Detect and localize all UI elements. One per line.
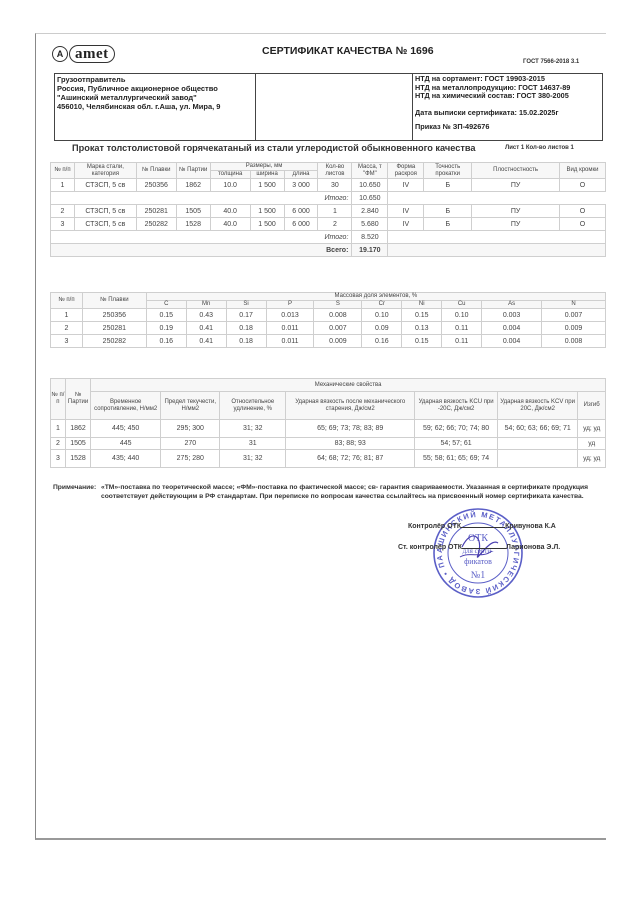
cell-value: 0.15 <box>402 335 442 348</box>
cell-edge: О <box>560 218 606 231</box>
cell-thickness: 40.0 <box>210 218 250 231</box>
subtotal-label: Итого: <box>51 192 352 205</box>
logo-text: amet <box>69 45 115 63</box>
cell-value: 0.007 <box>542 309 606 322</box>
senior-controller-label: Ст. контролёр ОТК <box>398 544 462 551</box>
cell-mass: 5.680 <box>352 218 388 231</box>
cell-rolling-accuracy: Б <box>424 218 472 231</box>
cell-kcu: 59; 62; 66; 70; 74; 80 <box>415 420 498 438</box>
table-row: 2 1505 445 270 31 83; 88; 93 54; 57; 61 … <box>51 438 606 450</box>
subtotal-row: Итого: 8.520 <box>51 231 606 244</box>
col-element: Cr <box>362 301 402 309</box>
cell-value: 0.11 <box>442 335 482 348</box>
cell-grade: СТ3СП, 5 св <box>74 205 136 218</box>
col-mass-fraction: Массовая доля элементов, % <box>146 293 605 301</box>
cell-kcu: 55; 58; 61; 65; 69; 74 <box>415 450 498 468</box>
col-num: № п/п <box>51 293 83 309</box>
cell-grade: СТ3СП, 5 св <box>74 179 136 192</box>
cell-value: 0.18 <box>226 335 266 348</box>
cell-value: 0.013 <box>266 309 314 322</box>
col-num: № п/п <box>51 163 75 179</box>
cell-heat: 250356 <box>82 309 146 322</box>
cell-tensile: 445; 450 <box>91 420 161 438</box>
senior-controller-signature: Ст. контролёр ОТКЛарионова Э.Л. <box>398 544 560 551</box>
cell-value: 0.16 <box>146 335 186 348</box>
total-label: Всего: <box>51 244 352 257</box>
ntd-chemical: НТД на химический состав: ГОСТ 380-2005 <box>415 92 600 101</box>
cell-value: 0.10 <box>442 309 482 322</box>
mechanical-properties-table: № п/п № Партии Механические свойства Вре… <box>50 378 606 468</box>
cell-num: 1 <box>51 179 75 192</box>
cell-rolling-accuracy: Б <box>424 179 472 192</box>
cell-value: 0.007 <box>314 322 362 335</box>
cell-width: 1 500 <box>250 179 284 192</box>
cell-tensile: 445 <box>91 438 161 450</box>
svg-text:фикатов: фикатов <box>464 557 492 566</box>
cell-length: 3 000 <box>284 179 318 192</box>
cell-heat: 250281 <box>82 322 146 335</box>
cell-num: 3 <box>51 335 83 348</box>
cell-num: 2 <box>51 205 75 218</box>
cell-value: 0.008 <box>542 335 606 348</box>
col-sizes: Размеры, мм <box>210 163 318 171</box>
cell-value: 0.003 <box>482 309 542 322</box>
cell-tensile: 435; 440 <box>91 450 161 468</box>
shipment-table: № п/п Марка стали, категория № Плавки № … <box>50 162 606 257</box>
company-logo: А amet <box>52 44 115 64</box>
controller-name: Кривунова К.А <box>505 523 556 530</box>
col-mechanical-group: Механические свойства <box>91 379 606 392</box>
cell-batch: 1505 <box>176 205 210 218</box>
cell-elongation: 31 <box>220 438 286 450</box>
cell-yield: 275; 280 <box>161 450 220 468</box>
cell-flatness: ПУ <box>472 218 560 231</box>
cell-value: 0.41 <box>186 322 226 335</box>
col-qty: Кол-во листов <box>318 163 352 179</box>
table-row: 3 250282 0.16 0.41 0.18 0.011 0.009 0.16… <box>51 335 606 348</box>
controller-signature: Контролёр ОТККривунова К.А <box>408 523 556 530</box>
certificate-title: СЕРТИФИКАТ КАЧЕСТВА № 1696 <box>262 45 434 57</box>
table-row: 1 250356 0.15 0.43 0.17 0.013 0.008 0.10… <box>51 309 606 322</box>
cell-batch: 1862 <box>176 179 210 192</box>
cell-cut-form: IV <box>388 205 424 218</box>
cell-heat: 250282 <box>82 335 146 348</box>
cell-heat: 250282 <box>136 218 176 231</box>
table-row: 1 1862 445; 450 295; 300 31; 32 65; 69; … <box>51 420 606 438</box>
cell-mass: 2.840 <box>352 205 388 218</box>
col-heat: № Плавки <box>136 163 176 179</box>
subtotal-label: Итого: <box>51 231 352 244</box>
col-element: Cu <box>442 301 482 309</box>
cell-length: 6 000 <box>284 218 318 231</box>
header-spacer <box>256 74 412 140</box>
cell-batch: 1505 <box>65 438 90 450</box>
signature-line <box>462 548 506 549</box>
col-num: № п/п <box>51 379 66 420</box>
cell-value: 0.008 <box>314 309 362 322</box>
product-title: Прокат толстолистовой горячекатаный из с… <box>72 143 475 153</box>
col-kcv: Ударная вязкость KCV при 20С, Дж/см2 <box>497 392 577 420</box>
cell-cut-form: IV <box>388 179 424 192</box>
cell-qty: 2 <box>318 218 352 231</box>
svg-text:№1: №1 <box>471 570 486 581</box>
cell-heat: 250356 <box>136 179 176 192</box>
cell-width: 1 500 <box>250 205 284 218</box>
cell-value: 0.11 <box>442 322 482 335</box>
col-mass: Масса, т "ФМ" <box>352 163 388 179</box>
cell-value: 0.41 <box>186 335 226 348</box>
gost-standard: ГОСТ 7566-2018 3.1 <box>523 59 579 65</box>
cell-batch: 1528 <box>65 450 90 468</box>
table-row: 3 СТ3СП, 5 св 250282 1528 40.0 1 500 6 0… <box>51 218 606 231</box>
cell-value: 0.15 <box>402 309 442 322</box>
col-element: Mn <box>186 301 226 309</box>
cell-heat: 250281 <box>136 205 176 218</box>
sheet-info: Лист 1 Кол-во листов 1 <box>505 145 574 151</box>
cell-flatness: ПУ <box>472 179 560 192</box>
cell-num: 1 <box>51 309 83 322</box>
logo-mark-icon: А <box>52 46 68 62</box>
cell-kcv: 54; 60; 63; 66; 69; 71 <box>497 420 577 438</box>
cell-kcv <box>497 450 577 468</box>
table-row: 2 250281 0.19 0.41 0.18 0.011 0.007 0.09… <box>51 322 606 335</box>
col-element: As <box>482 301 542 309</box>
cell-value: 0.10 <box>362 309 402 322</box>
col-batch: № Партии <box>176 163 210 179</box>
cell-num: 3 <box>51 218 75 231</box>
note-label: Примечание: <box>53 484 96 493</box>
shipper-block: Грузоотправитель Россия, Публичное акцио… <box>55 74 256 140</box>
col-batch: № Партии <box>65 379 90 420</box>
cell-elongation: 31; 32 <box>220 450 286 468</box>
cell-impact-aged: 83; 88; 93 <box>286 438 415 450</box>
col-element: Si <box>226 301 266 309</box>
cell-value: 0.16 <box>362 335 402 348</box>
cell-bend: уд; уд <box>578 420 606 438</box>
col-rolling-accuracy: Точность прокатки <box>424 163 472 179</box>
col-yield: Предел текучести, Н/мм2 <box>161 392 220 420</box>
cell-impact-aged: 65; 69; 73; 78; 83; 89 <box>286 420 415 438</box>
chemical-composition-table: № п/п № Плавки Массовая доля элементов, … <box>50 292 606 348</box>
col-element: N <box>542 301 606 309</box>
cell-qty: 1 <box>318 205 352 218</box>
cell-yield: 270 <box>161 438 220 450</box>
cell-value: 0.18 <box>226 322 266 335</box>
cell-value: 0.43 <box>186 309 226 322</box>
cell-num: 1 <box>51 420 66 438</box>
total-row: Всего: 19.170 <box>51 244 606 257</box>
cell-width: 1 500 <box>250 218 284 231</box>
cell-elongation: 31; 32 <box>220 420 286 438</box>
col-heat: № Плавки <box>82 293 146 309</box>
shipper-line-2: "Ашинский металлургический завод" <box>57 93 253 102</box>
col-width: ширина <box>250 171 284 179</box>
senior-controller-name: Ларионова Э.Л. <box>506 544 560 551</box>
cell-cut-form: IV <box>388 218 424 231</box>
cell-edge: О <box>560 205 606 218</box>
table-row: 2 СТ3СП, 5 св 250281 1505 40.0 1 500 6 0… <box>51 205 606 218</box>
col-thickness: толщина <box>210 171 250 179</box>
cell-value: 0.011 <box>266 322 314 335</box>
note-text: «ТМ»-поставка по теоретической массе; «Ф… <box>101 484 598 501</box>
cell-kcv <box>497 438 577 450</box>
cell-num: 3 <box>51 450 66 468</box>
cell-num: 2 <box>51 322 83 335</box>
cell-num: 2 <box>51 438 66 450</box>
cell-length: 6 000 <box>284 205 318 218</box>
cell-value: 0.004 <box>482 322 542 335</box>
col-bend: Изгиб <box>578 392 606 420</box>
order-number: Приказ № ЗП-492676 <box>415 123 600 132</box>
col-elongation: Относительное удлинение, % <box>220 392 286 420</box>
col-edge: Вид кромки <box>560 163 606 179</box>
issue-date: Дата выписки сертификата: 15.02.2025г <box>415 109 600 118</box>
cell-bend: уд; уд <box>578 450 606 468</box>
cell-value: 0.004 <box>482 335 542 348</box>
signature-line <box>461 527 505 528</box>
col-element: C <box>146 301 186 309</box>
cell-rolling-accuracy: Б <box>424 205 472 218</box>
subtotal-value: 8.520 <box>352 231 388 244</box>
cell-bend: уд <box>578 438 606 450</box>
col-length: длина <box>284 171 318 179</box>
col-element: S <box>314 301 362 309</box>
total-value: 19.170 <box>352 244 388 257</box>
note-block: Примечание: «ТМ»-поставка по теоретическ… <box>53 484 598 501</box>
cell-flatness: ПУ <box>472 205 560 218</box>
col-element: Ni <box>402 301 442 309</box>
cell-batch: 1862 <box>65 420 90 438</box>
cell-value: 0.09 <box>362 322 402 335</box>
cell-edge: О <box>560 179 606 192</box>
cell-yield: 295; 300 <box>161 420 220 438</box>
shipper-label: Грузоотправитель <box>57 75 253 84</box>
table-row: 3 1528 435; 440 275; 280 31; 32 64; 68; … <box>51 450 606 468</box>
col-grade: Марка стали, категория <box>74 163 136 179</box>
table-row: 1 СТ3СП, 5 св 250356 1862 10.0 1 500 3 0… <box>51 179 606 192</box>
col-flatness: Плостностность <box>472 163 560 179</box>
col-kcu: Ударная вязкость KCU при -20С, Дж/см2 <box>415 392 498 420</box>
cell-qty: 30 <box>318 179 352 192</box>
cell-value: 0.009 <box>542 322 606 335</box>
header-info-box: Грузоотправитель Россия, Публичное акцио… <box>54 73 603 141</box>
cell-impact-aged: 64; 68; 72; 76; 81; 87 <box>286 450 415 468</box>
shipper-line-1: Россия, Публичное акционерное общество <box>57 84 253 93</box>
subtotal-value: 10.650 <box>352 192 388 205</box>
shipper-address: 456010, Челябинская обл. г.Аша, ул. Мира… <box>57 102 253 111</box>
controller-label: Контролёр ОТК <box>408 523 461 530</box>
cell-value: 0.009 <box>314 335 362 348</box>
cell-thickness: 10.0 <box>210 179 250 192</box>
cell-value: 0.011 <box>266 335 314 348</box>
cell-batch: 1528 <box>176 218 210 231</box>
cell-kcu: 54; 57; 61 <box>415 438 498 450</box>
cell-value: 0.15 <box>146 309 186 322</box>
cell-thickness: 40.0 <box>210 205 250 218</box>
subtotal-row: Итого: 10.650 <box>51 192 606 205</box>
ntd-block: НТД на сортамент: ГОСТ 19903-2015 НТД на… <box>412 74 602 140</box>
col-tensile: Временное сопротивление, Н/мм2 <box>91 392 161 420</box>
col-cut-form: Форма раскроя <box>388 163 424 179</box>
cell-mass: 10.650 <box>352 179 388 192</box>
cell-value: 0.19 <box>146 322 186 335</box>
cell-grade: СТ3СП, 5 св <box>74 218 136 231</box>
otk-stamp-icon: АШИНСКИЙ МЕТАЛЛУРГИЧЕСКИЙ ЗАВОД • ПАО • … <box>432 507 524 599</box>
cell-value: 0.17 <box>226 309 266 322</box>
cell-value: 0.13 <box>402 322 442 335</box>
col-impact-aged: Ударная вязкость после механического ста… <box>286 392 415 420</box>
col-element: P <box>266 301 314 309</box>
